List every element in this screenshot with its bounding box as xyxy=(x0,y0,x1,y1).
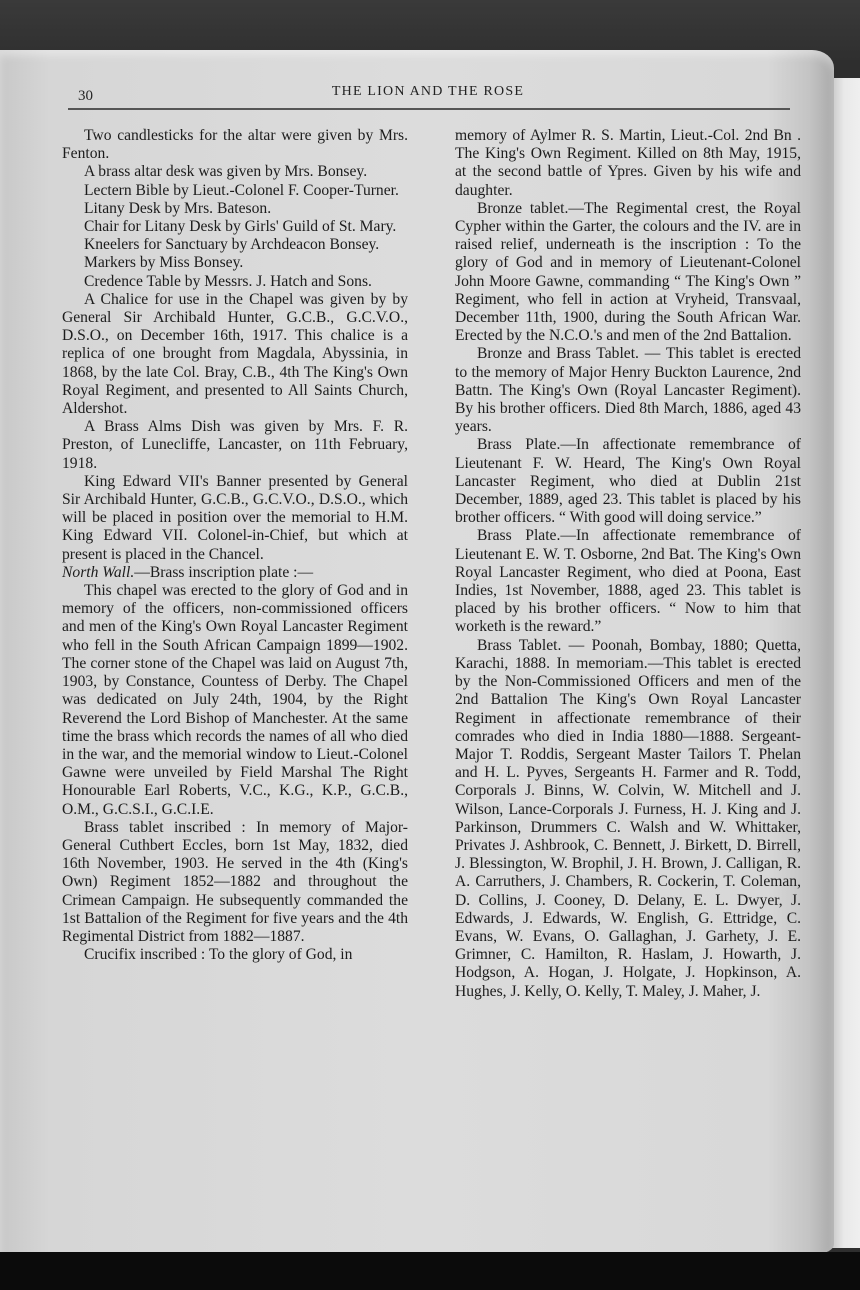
paragraph: A Brass Alms Dish was given by Mrs. F. R… xyxy=(62,418,408,473)
paragraph: A Chalice for use in the Chapel was give… xyxy=(62,291,408,418)
paragraph: Bronze tablet.—The Regimental crest, the… xyxy=(455,200,801,346)
header-rule xyxy=(68,108,790,110)
right-column: memory of Aylmer R. S. Martin, Lieut.-Co… xyxy=(455,127,801,1001)
north-wall-label: North Wall. xyxy=(62,564,134,581)
left-column: Two candlesticks for the altar were give… xyxy=(62,127,408,964)
paragraph: A brass altar desk was given by Mrs. Bon… xyxy=(62,163,408,181)
paragraph: King Edward VII's Banner presented by Ge… xyxy=(62,473,408,564)
paragraph: Brass Plate.—In affectionate remembrance… xyxy=(455,436,801,527)
paragraph: Kneelers for Sanctuary by Archdeacon Bon… xyxy=(62,236,408,254)
paragraph: Credence Table by Messrs. J. Hatch and S… xyxy=(62,273,408,291)
paragraph: Brass Tablet. — Poonah, Bombay, 1880; Qu… xyxy=(455,637,801,1001)
north-wall-text: —Brass inscription plate :— xyxy=(134,564,313,581)
background-bottom xyxy=(0,1252,860,1290)
paragraph: Markers by Miss Bonsey. xyxy=(62,254,408,272)
page-header: 30 THE LION AND THE ROSE xyxy=(66,84,790,110)
next-page-edge xyxy=(830,78,860,1248)
paragraph: Lectern Bible by Lieut.-Colonel F. Coope… xyxy=(62,182,408,200)
paragraph: Chair for Litany Desk by Girls' Guild of… xyxy=(62,218,408,236)
paragraph: Two candlesticks for the altar were give… xyxy=(62,127,408,163)
paragraph: Litany Desk by Mrs. Bateson. xyxy=(62,200,408,218)
paragraph: Brass Plate.—In affectionate remembrance… xyxy=(455,527,801,636)
paragraph: This chapel was erected to the glory of … xyxy=(62,582,408,819)
north-wall-heading: North Wall.—Brass inscription plate :— xyxy=(62,564,408,582)
paragraph: Brass tablet inscribed : In memory of Ma… xyxy=(62,819,408,946)
paragraph: Crucifix inscribed : To the glory of God… xyxy=(62,946,408,964)
running-title: THE LION AND THE ROSE xyxy=(66,84,790,100)
paragraph: Bronze and Brass Tablet. — This tablet i… xyxy=(455,345,801,436)
paragraph-continued: memory of Aylmer R. S. Martin, Lieut.-Co… xyxy=(455,127,801,200)
